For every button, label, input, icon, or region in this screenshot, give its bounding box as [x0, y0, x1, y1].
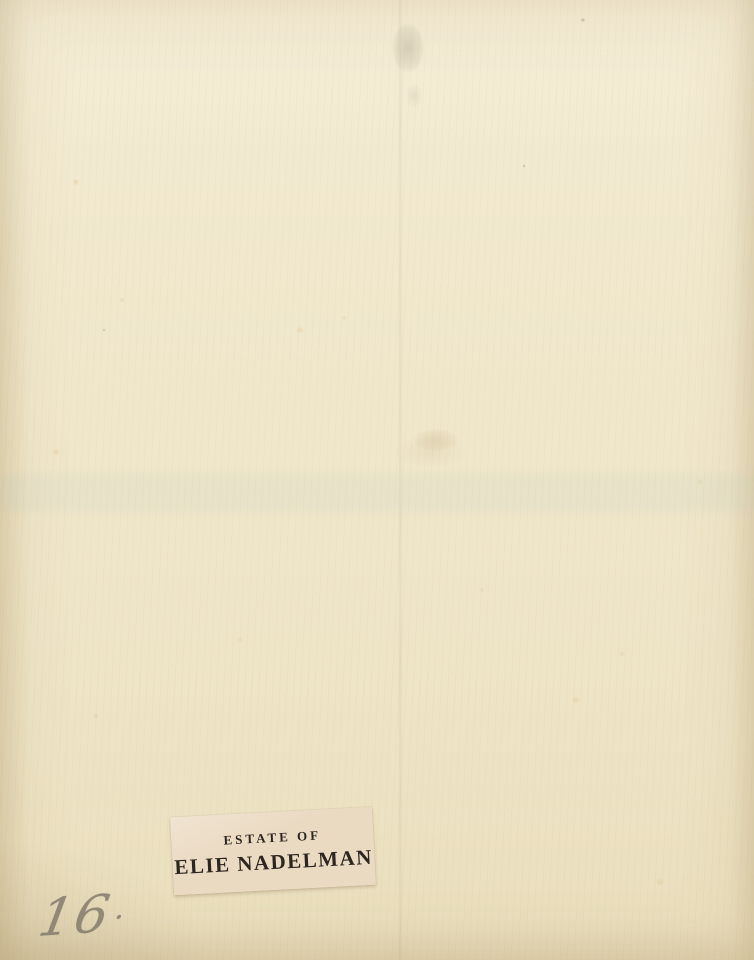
paper-texture-overlay: [0, 0, 754, 960]
pencil-inventory-number: 16.: [35, 887, 131, 945]
pencil-dot: .: [113, 894, 130, 925]
estate-label-line1: ESTATE OF: [223, 827, 321, 848]
edge-vignette: [0, 0, 754, 960]
estate-label: ESTATE OF ELIE NADELMAN: [170, 807, 376, 895]
pencil-number-text: 16: [34, 884, 116, 949]
estate-label-line2: ELIE NADELMAN: [174, 844, 374, 879]
paper-sheet-verso: ESTATE OF ELIE NADELMAN 16.: [0, 0, 754, 960]
